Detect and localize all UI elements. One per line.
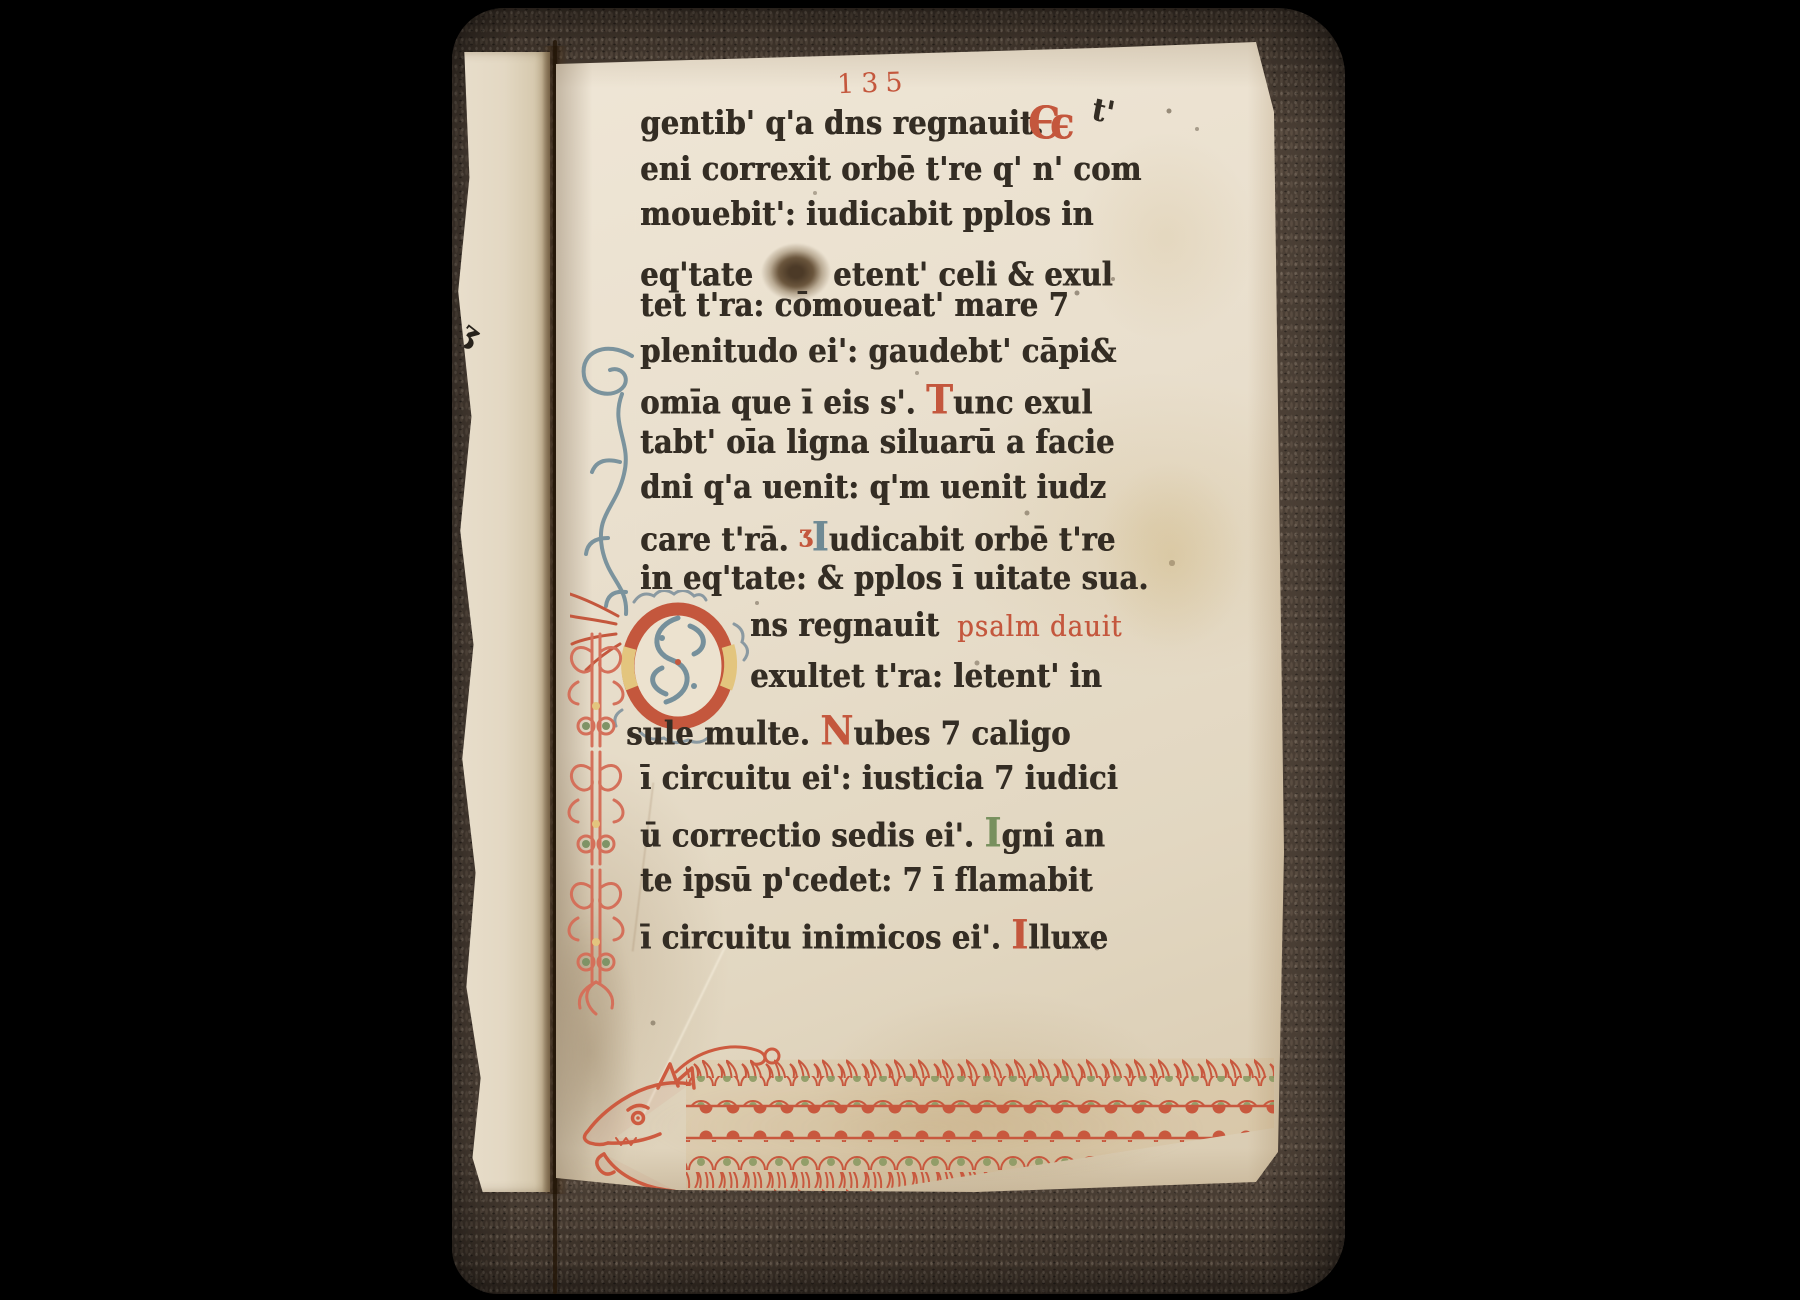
- text-segment: ubes 7 caligo: [853, 714, 1070, 752]
- text-line: ū correctio sedis ei'. Igni an: [640, 812, 1105, 856]
- text-segment: plenitudo ei': gaudebt' cāpi&: [640, 331, 1116, 369]
- text-segment: exultet t'ra: letent' in: [750, 657, 1102, 695]
- text-segment: gentib' q'a dns regnauit.: [640, 104, 1044, 142]
- text-block: gentib' q'a dns regnauit.Єϵt'eni correxi…: [556, 42, 1284, 1194]
- text-segment: I: [1011, 912, 1028, 959]
- text-segment: ns regnauit: [750, 606, 939, 644]
- text-segment: eni correxit orbē t're q' n' com: [640, 149, 1141, 187]
- text-line: ī circuitu ei': iusticia 7 iudici: [640, 761, 1118, 797]
- text-line: dni q'a uenit: q'm uenit iudz: [640, 470, 1106, 506]
- text-line: exultet t'ra: letent' in: [750, 659, 1102, 695]
- text-segment: N: [820, 708, 853, 755]
- text-line: tet t'ra: cōmoueat' mare 7: [640, 288, 1069, 324]
- text-line: omīa que ī eis s'. Tunc exul: [640, 379, 1092, 423]
- text-segment: dni q'a uenit: q'm uenit iudz: [640, 468, 1106, 506]
- text-segment: Єϵ: [1028, 99, 1064, 148]
- text-segment: care t'rā.: [640, 520, 799, 558]
- text-segment: udicabit orbē t're: [829, 520, 1116, 558]
- text-segment: tet t'ra: cōmoueat' mare 7: [640, 286, 1069, 324]
- text-segment: tabt' oīa ligna siluarū a facie: [640, 422, 1115, 460]
- text-line: ī circuitu inimicos ei'. Illuxe: [640, 914, 1108, 958]
- text-segment: sule multe.: [626, 714, 820, 752]
- text-segment: mouebit': iudicabit pplos in: [640, 195, 1094, 233]
- text-line: eni correxit orbē t're q' n' com: [640, 152, 1141, 188]
- text-segment: ī circuitu inimicos ei'.: [640, 918, 1011, 956]
- text-segment: gni an: [1001, 816, 1105, 854]
- text-segment: te ipsū p'cedet: 7 ī flamabit: [640, 861, 1093, 899]
- text-segment: t': [1089, 93, 1117, 132]
- manuscript-page: 135: [556, 42, 1284, 1194]
- text-segment: in eq'tate: & pplos ī uitate sua.: [640, 559, 1149, 597]
- text-segment: unc exul: [953, 383, 1092, 421]
- text-segment: T: [926, 377, 953, 424]
- text-segment: lluxe: [1028, 918, 1108, 956]
- text-segment: psalm dauit: [957, 610, 1122, 644]
- text-line: mouebit': iudicabit pplos in: [640, 197, 1094, 233]
- text-line: plenitudo ei': gaudebt' cāpi&: [640, 334, 1116, 370]
- text-line: in eq'tate: & pplos ī uitate sua.: [640, 561, 1149, 597]
- text-segment: ī circuitu ei': iusticia 7 iudici: [640, 759, 1118, 797]
- text-line: tabt' oīa ligna siluarū a facie: [640, 425, 1115, 461]
- text-line: sule multe. Nubes 7 caligo: [626, 710, 1071, 754]
- text-segment: ʒ: [799, 519, 812, 548]
- text-segment: I: [984, 810, 1001, 857]
- text-line: ns regnauitpsalm dauit: [750, 608, 1122, 644]
- text-line: care t'rā. ʒIudicabit orbē t're: [640, 516, 1115, 560]
- text-segment: ū correctio sedis ei'.: [640, 816, 984, 854]
- text-segment: I: [812, 513, 829, 560]
- text-line: te ipsū p'cedet: 7 ī flamabit: [640, 863, 1093, 899]
- text-line: gentib' q'a dns regnauit.Єϵt': [640, 106, 1044, 142]
- manuscript-photo: ʒ ʒ r 135: [0, 0, 1800, 1300]
- text-segment: omīa que ī eis s'.: [640, 383, 926, 421]
